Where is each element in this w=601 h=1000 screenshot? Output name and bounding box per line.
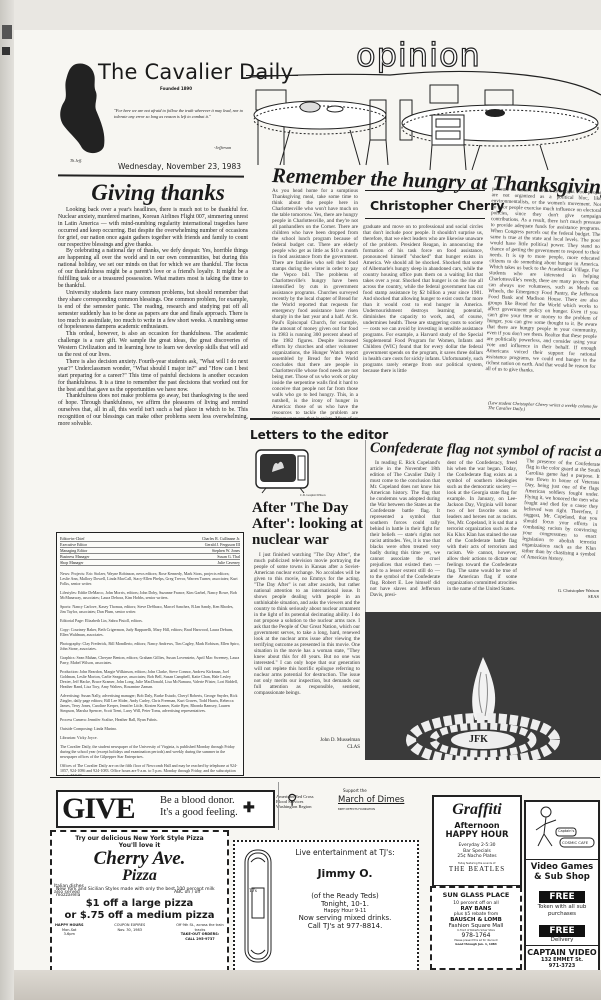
graffiti-detail: 25¢ Nacho Plates xyxy=(434,854,520,860)
red-cross-ad[interactable]: GIVE Be a blood donor. It's a good feeli… xyxy=(56,790,275,828)
role-title: Shop Manager xyxy=(60,560,83,565)
role-name: Susan G. Thal xyxy=(217,554,240,559)
pizza-location: Off 9th St., across the train tracks xyxy=(176,923,224,932)
pizza-tagline: Try our delicious New York Style Pizza xyxy=(52,835,227,842)
pizza-takeout: Off 9th St., across the train tracks TAK… xyxy=(176,923,224,941)
role-name: Stephen W. Jones xyxy=(212,548,240,553)
thanksgiving-tables-illustration xyxy=(250,65,601,175)
editorial-body: Looking back over a year's headlines, th… xyxy=(58,207,248,428)
staff-paragraph: Sports: Nancy Carlove, Kasey Thomas, edi… xyxy=(60,604,240,614)
column-text-col1: As you head home for a sumptious Thanksg… xyxy=(272,188,358,418)
staff-paragraph: Process Camera: Jennifer Scalise, Heathe… xyxy=(60,717,240,722)
staff-paragraph: News: Projects: Eric Stolzer, Wayne Robi… xyxy=(60,571,240,586)
byline-rule-top xyxy=(365,190,485,191)
tjs-line: Call TJ's at 977-8814. xyxy=(277,922,413,930)
pizza-name-1: Cherry Ave. xyxy=(52,849,227,868)
pizza-footer: HAPPY HOURS Mon-Sat 3-6pm COUPON EXPIRES… xyxy=(55,923,224,941)
staff-paragraph: Copy: Courtney Baker, Beth Crigermon, Ju… xyxy=(60,627,240,637)
free-badge: FREE xyxy=(539,891,584,903)
editorial-paragraph: University students face many common pro… xyxy=(58,290,248,331)
role-title: Business Manager xyxy=(60,554,89,559)
tjs-line: Live entertainment at TJ's: xyxy=(277,848,413,857)
cafe-sign-2: COSMIC CAFE xyxy=(562,840,588,845)
march-of-dimes-sub: BIRTH DEFECTS FOUNDATION xyxy=(338,808,375,811)
ad-divider xyxy=(278,782,279,830)
letter1-signature: John D. Musselman xyxy=(290,738,360,743)
letters-section-title: Letters to the editor xyxy=(250,428,388,442)
column-text-col3: pressure on leaders to deal with hunger.… xyxy=(484,186,601,416)
founded-note: Founded 1890 xyxy=(160,86,192,91)
staff-paragraph: The Cavalier Daily, the student newspape… xyxy=(60,744,240,759)
tjs-act: Jimmy O. xyxy=(277,867,413,880)
captain-video-phone: 971-3723 xyxy=(526,963,598,969)
free-token-text: Token with all sub purchases xyxy=(526,904,598,918)
march-of-dimes-logo-icon: ⚲ xyxy=(287,792,297,809)
letter2-col3: The presence of the Confederate flag in … xyxy=(520,458,601,594)
donor-line2: It's a good feeling. xyxy=(160,807,238,819)
letter2-col2: dent of the Confederacy, freed his when … xyxy=(447,460,517,610)
letter2-col1: In reading E. Rick Copeland's article in… xyxy=(370,460,440,610)
graffiti-line1: Afternoon xyxy=(434,821,520,830)
editorial-paragraph: By celebrating a national day of thanks,… xyxy=(58,248,248,289)
tjs-line: Now serving mixed drinks. xyxy=(277,914,413,922)
tjs-logo-text: TJ's xyxy=(249,889,257,894)
column-byline: Christopher Cherry xyxy=(370,198,504,213)
tjs-line: Tonight, 10-1. xyxy=(277,900,413,908)
cartoon-credit: C.D. Graphic/Wilson xyxy=(300,493,325,498)
red-cross-icon: ✚ xyxy=(243,800,255,817)
binding-mark xyxy=(2,25,12,39)
pizza-abc: ABC on / off xyxy=(174,890,201,895)
staff-paragraph: Graphics: Sean Mahan, Cheryne Benton, ed… xyxy=(60,655,240,665)
television-cartoon-icon xyxy=(254,446,316,494)
graffiti-logo: Graffiti xyxy=(434,801,520,819)
pizza-hours: HAPPY HOURS Mon-Sat 3-6pm xyxy=(55,923,83,941)
cosmic-cafe-illustration xyxy=(526,802,598,854)
letter1-affiliation: CLAS xyxy=(290,745,360,750)
letter2-signature: G. Christopher Watson xyxy=(535,588,599,593)
sunglass-name: SUN GLASS PLACE xyxy=(432,891,520,899)
march-of-dimes-ad[interactable]: ⚲ Support the March of Dimes BIRTH DEFEC… xyxy=(283,786,423,824)
tjs-logo-icon xyxy=(243,848,273,964)
pizza-offer-2: or $.75 off a medium pizza xyxy=(52,910,227,922)
staff-paragraph: Production: John Reardon, Margie Wilkins… xyxy=(60,669,240,689)
graffiti-line2: HAPPY HOUR xyxy=(434,830,520,840)
takeout-label: TAKE-OUT ORDERS: xyxy=(176,932,224,937)
free-badge: FREE xyxy=(539,925,584,937)
staff-paragraph: Outside Composing: Linda Marino. xyxy=(60,726,240,731)
staff-paragraph: Advertising: Susan Nally, advertising ma… xyxy=(60,693,240,713)
letters-top-rule xyxy=(250,418,600,420)
pizza-name-2: Pizza xyxy=(52,868,227,884)
hours-time: 3-6pm xyxy=(55,932,83,937)
graffiti-ad[interactable]: Graffiti Afternoon HAPPY HOUR Everyday 2… xyxy=(432,795,522,887)
issue-date: Wednesday, November 23, 1983 xyxy=(118,162,241,171)
sunglass-phone: 978-1764 xyxy=(432,932,520,939)
captain-video-name: CAPTAIN VIDEO xyxy=(526,945,598,957)
captain-video-heading-wrap: Video Games & Sub Shop FREE Token with a… xyxy=(526,859,598,969)
letter1-headline: After 'The Day After': looking at nuclea… xyxy=(252,500,364,548)
tjs-line: (of the Ready Teds) xyxy=(277,892,413,900)
support-label: Support the xyxy=(343,788,367,793)
tjs-ad[interactable]: TJ's Live entertainment at TJ's: Jimmy O… xyxy=(233,840,419,974)
give-wordmark: GIVE xyxy=(62,792,135,826)
tjs-text: Live entertainment at TJ's: Jimmy O. (of… xyxy=(277,848,413,930)
march-of-dimes-name: March of Dimes xyxy=(338,795,404,805)
photo-label: JFK xyxy=(469,734,488,745)
editorial-paragraph: Thankfulness does not make problems go a… xyxy=(58,393,248,428)
captain-video-ad[interactable]: Captain's COSMIC CAFE Video Games & Sub … xyxy=(524,800,600,974)
role-name: Charles R. Cullinane Jr. xyxy=(202,536,240,541)
free-delivery-text: Delivery xyxy=(526,937,598,943)
letter2-affiliation: SEAS xyxy=(535,594,599,599)
letter1-body: I just finished watching "The Day After"… xyxy=(254,552,360,734)
graffiti-band: THE BEATLES xyxy=(434,865,520,873)
staff-paragraph: Offices of The Cavalier Daily are on the… xyxy=(60,763,240,776)
cherry-ave-pizza-coupon[interactable]: Try our delicious New York Style Pizza Y… xyxy=(50,830,229,972)
cafe-sign-1: Captain's xyxy=(558,829,574,833)
editorial-headline: Giving thanks xyxy=(58,180,258,206)
hours-title: HAPPY HOURS xyxy=(55,923,83,928)
pizza-offer-1: $1 off a large pizza xyxy=(52,898,227,910)
editorial-paragraph: Looking back over a year's headlines, th… xyxy=(58,207,248,248)
eternal-flame-photo: JFK xyxy=(365,612,601,760)
staff-paragraph: Photography: Clay Frederick, Bill Mondle… xyxy=(60,641,240,651)
role-title: Managing Editor xyxy=(60,548,87,553)
role-name: Gerald J. Ferguson III xyxy=(205,542,240,547)
editorial-paragraph: There is also decision anxiety. Fourth-y… xyxy=(58,359,248,394)
sunglass-valid: Good through Jan. 1, 1984 xyxy=(432,942,520,946)
editorial-paragraph: This ordeal, however, is also an occasio… xyxy=(58,331,248,359)
role-title: Executive Editor xyxy=(60,542,87,547)
sun-glass-place-ad[interactable]: SUN GLASS PLACE 10 percent off on all RA… xyxy=(430,886,522,970)
pizza-coupon-expiry: COUPON EXPIRES Nov. 30, 1983 xyxy=(114,923,145,941)
staff-paragraph: Editorial Page: Elizabeth Lin, Sabra Pis… xyxy=(60,618,240,623)
column-text-col2: graduate and move on to professional and… xyxy=(363,224,483,418)
binding-edge xyxy=(0,0,14,1000)
pizza-italian: Italian dishes also served xyxy=(54,884,94,895)
staff-paragraph: Librarian: Vicky Joyce. xyxy=(60,735,240,740)
role-name: Julie Caveney xyxy=(217,560,240,565)
captain-video-heading: Video Games & Sub Shop xyxy=(526,860,598,884)
byline-rule-bottom xyxy=(365,218,485,219)
staff-box: Editor-in-ChiefCharles R. Cullinane Jr. … xyxy=(56,532,244,776)
coupon-label: COUPON EXPIRES xyxy=(114,923,145,928)
role-title: Editor-in-Chief xyxy=(60,536,85,541)
ads-top-rule xyxy=(50,777,600,778)
signature-scribble: Th.Jeff. xyxy=(70,158,82,163)
staff-paragraph: Lifestyles: Eddie DeMarco, John Morris, … xyxy=(60,590,240,600)
staff-role: Shop ManagerJulie Caveney xyxy=(60,560,240,566)
coupon-expires: Nov. 30, 1983 xyxy=(114,928,145,933)
takeout-phone: CALL 295-9737 xyxy=(176,937,224,942)
binding-mark xyxy=(2,47,10,55)
quote-attribution: -Jefferson xyxy=(214,145,231,150)
page-bottom-edge xyxy=(14,970,601,1000)
masthead-quote: "For here we are not afraid to follow th… xyxy=(114,108,248,119)
donor-line1: Be a blood donor. xyxy=(160,795,235,807)
